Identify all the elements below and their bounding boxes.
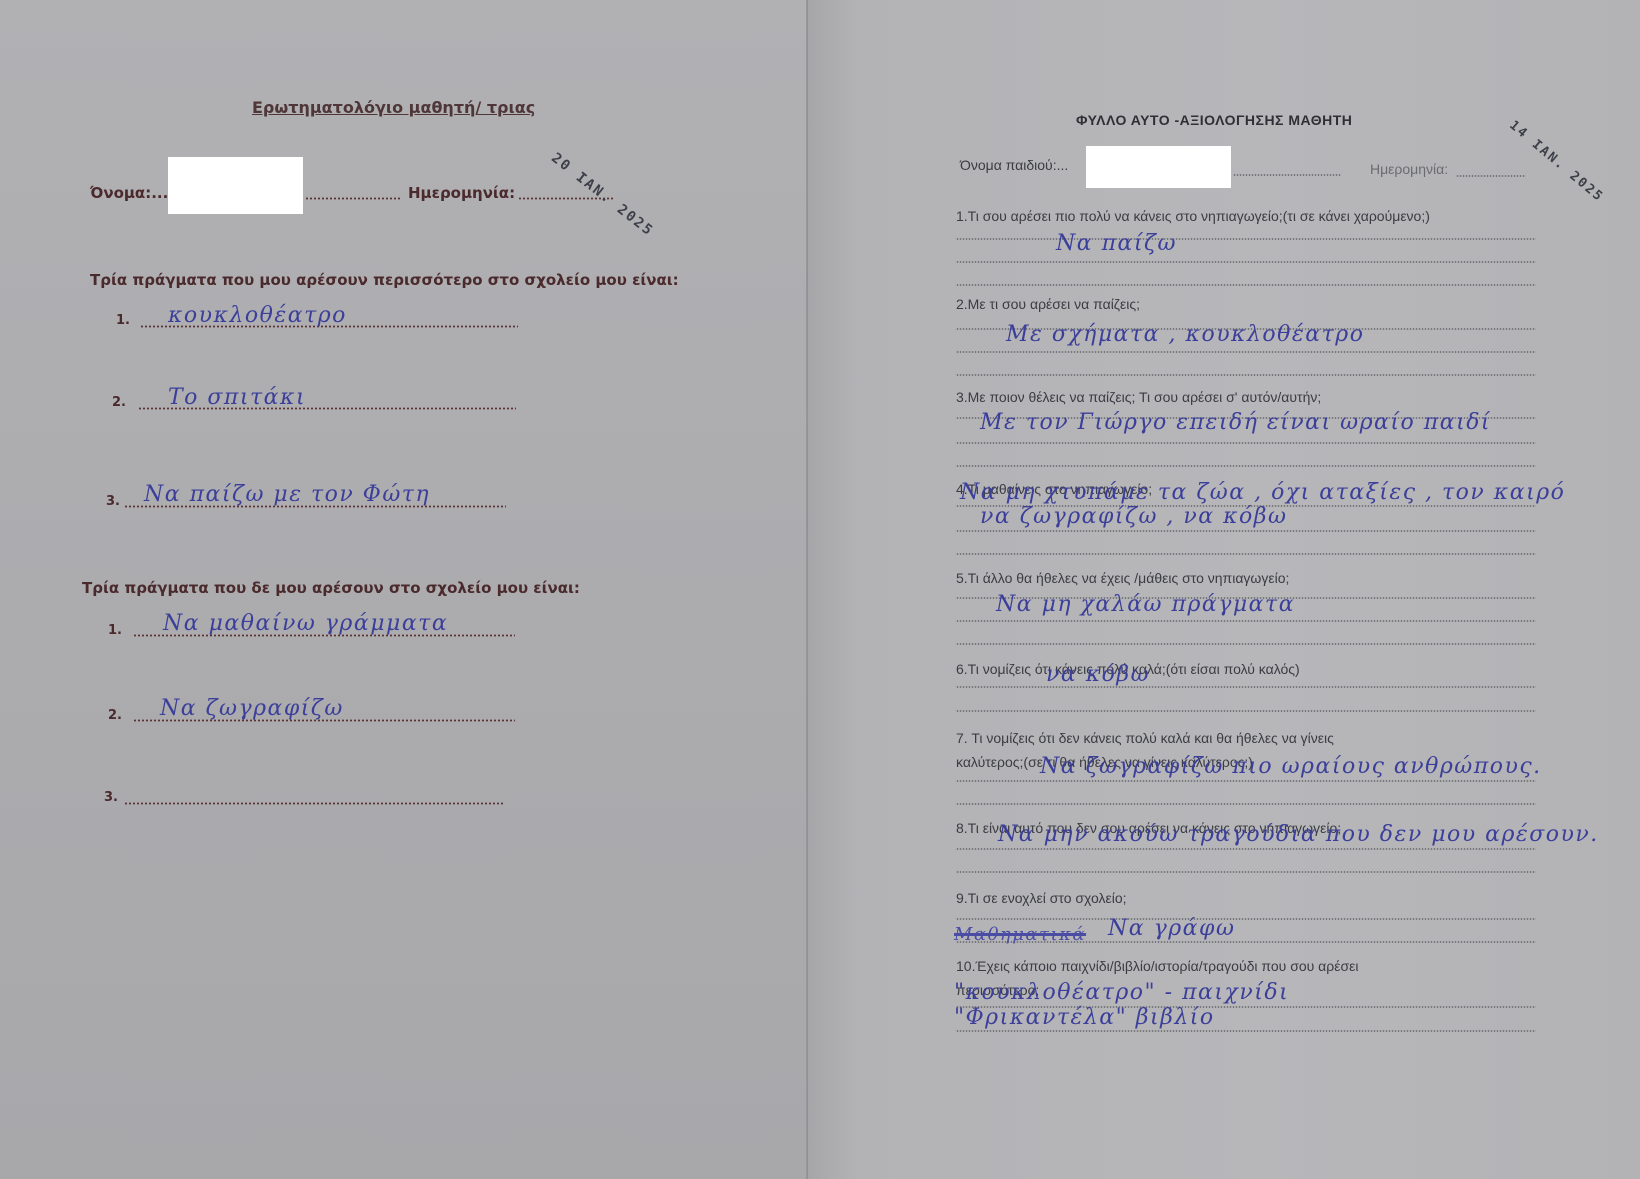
question-text: 2.Με τι σου αρέσει να παίζεις; (956, 296, 1140, 312)
questionnaire-title: Ερωτηματολόγιο μαθητή/ τριας (252, 98, 535, 117)
answer-line (956, 1030, 1536, 1032)
self-assessment-page: ΦΥΛΛΟ ΑΥΤΟ -ΑΞΙΟΛΟΓΗΣΗΣ ΜΑΘΗΤΗ 14 ΙΑΝ. 2… (808, 0, 1640, 1179)
answer-line (956, 374, 1536, 376)
answer-line (956, 465, 1536, 467)
answer-line (956, 871, 1536, 873)
date-stamp: 20 ΙΑΝ. 2025 (548, 150, 656, 240)
handwritten-answer: "Φρικαντέλα" βιβλίο (954, 1005, 1215, 1030)
handwritten-answer: Με τον Γιώργο επειδή είναι ωραίο παιδί (980, 410, 1491, 435)
likes-item-number: 1. (116, 313, 130, 328)
dislikes-item-number: 2. (108, 708, 122, 723)
handwritten-answer: Να μην ακούω τραγούδια που δεν μου αρέσο… (998, 822, 1599, 847)
name-redaction (168, 157, 303, 214)
question-text: 9.Τι σε ενοχλεί στο σχολείο; (956, 890, 1127, 906)
likes-heading: Τρία πράγματα που μου αρέσουν περισσότερ… (90, 271, 679, 289)
date-stamp: 14 ΙΑΝ. 2025 (1506, 118, 1606, 205)
answer-line (956, 284, 1536, 286)
student-questionnaire-page: Ερωτηματολόγιο μαθητή/ τριας Όνομα:... Η… (0, 0, 808, 1179)
answer-line (956, 918, 1536, 920)
answer-line (956, 553, 1536, 555)
likes-item-number: 2. (112, 395, 126, 410)
question-text: 1.Τι σου αρέσει πιο πολύ να κάνεις στο ν… (956, 208, 1430, 224)
answer-line (956, 442, 1536, 444)
handwritten-answer: Να ζωγραφίζω πιο ωραίους ανθρώπους. (1040, 754, 1542, 779)
answer-line (956, 620, 1536, 622)
handwritten-answer: Να μη χτυπάμε τα ζώα , όχι αταξίες , τον… (960, 480, 1565, 505)
answer-line (956, 261, 1536, 263)
answer-line (956, 686, 1536, 688)
answer-line (956, 530, 1536, 532)
likes-answer-1: κουκλοθέατρο (168, 303, 347, 328)
struck-answer: Μαθηματικά (954, 924, 1086, 945)
dislikes-answer-1: Να μαθαίνω γράμματα (163, 611, 448, 636)
dislikes-item-number: 1. (108, 623, 122, 638)
name-dotted-line (305, 197, 402, 200)
likes-answer-2: Το σπιτάκι (168, 385, 306, 410)
answer-line (956, 643, 1536, 645)
question-text: 7. Τι νομίζεις ότι δεν κάνεις πολύ καλά … (956, 730, 1334, 746)
handwritten-answer: να ζωγραφίζω , να κόβω (980, 504, 1287, 529)
answer-line (956, 710, 1536, 712)
self-assessment-title: ΦΥΛΛΟ ΑΥΤΟ -ΑΞΙΟΛΟΓΗΣΗΣ ΜΑΘΗΤΗ (1076, 112, 1352, 128)
dislikes-item-number: 3. (104, 790, 118, 805)
handwritten-answer: να κόβω (1046, 662, 1150, 687)
question-text: 3.Με ποιον θέλεις να παίζεις; Τι σου αρέ… (956, 389, 1321, 405)
dislikes-heading: Τρία πράγματα που δε μου αρέσουν στο σχο… (82, 579, 580, 597)
handwritten-answer: "κουκλοθέατρο" - παιχνίδι (954, 980, 1289, 1005)
child-name-label: Όνομα παιδιού:... (960, 157, 1068, 173)
date-label: Ημερομηνία: (1370, 161, 1448, 177)
handwritten-answer: Με σχήματα , κουκλοθέατρο (1006, 322, 1364, 347)
answer-line (956, 803, 1536, 805)
name-redaction (1086, 146, 1231, 188)
date-label: Ημερομηνία: (408, 184, 515, 202)
question-text: 5.Τι άλλο θα ήθελες να έχεις /μάθεις στο… (956, 570, 1289, 586)
name-dotted-line (1233, 174, 1341, 176)
handwritten-answer: Να μη χαλάω πράγματα (996, 592, 1295, 617)
handwritten-answer: Να παίζω (1056, 231, 1177, 256)
likes-item-number: 3. (106, 494, 120, 509)
handwritten-answer: Να γράφω (1108, 916, 1235, 941)
dislikes-answer-2: Να ζωγραφίζω (160, 696, 344, 721)
answer-line (956, 351, 1536, 353)
answer-line (956, 780, 1536, 782)
date-dotted-line (1456, 175, 1526, 177)
answer-line (124, 802, 504, 805)
name-label: Όνομα:... (90, 184, 168, 202)
answer-line (956, 238, 1536, 240)
question-text: 10.Έχεις κάποιο παιχνίδι/βιβλίο/ιστορία/… (956, 958, 1358, 974)
answer-line (956, 848, 1536, 850)
likes-answer-3: Να παίζω με τον Φώτη (144, 482, 430, 507)
